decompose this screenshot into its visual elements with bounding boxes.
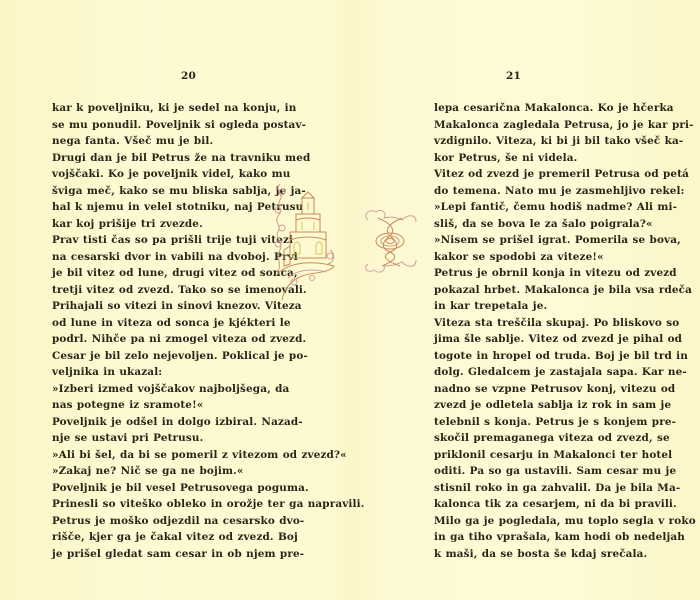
text-line: podrl. Nihče pa ni zmogel viteza od zvez…: [52, 331, 284, 348]
right-page-text: lepa cesarična Makalonca. Ko je hčerka M…: [434, 100, 667, 562]
text-line: od lune in viteza od sonca je kjékteri l…: [52, 315, 284, 332]
text-line: Viteza sta treščila skupaj. Po bliskovo …: [434, 315, 667, 332]
left-page-text: kar k poveljniku, ki je sedel na konju, …: [52, 100, 284, 562]
text-line: jima šle sablje. Vitez od zvezd je pihal…: [434, 331, 667, 348]
text-line: oditi. Pa so ga ustavili. Sam cesar mu j…: [434, 463, 667, 480]
text-line: Prihajali so vitezi in sinovi knezov. Vi…: [52, 298, 284, 315]
text-line: kakor se spodobi za viteze!«: [434, 249, 667, 266]
text-line: nas potegne iz sramote!«: [52, 397, 284, 414]
text-line: Poveljnik je odšel in dolgo izbiral. Naz…: [52, 414, 284, 431]
text-line: nega fanta. Všeč mu je bil.: [52, 133, 284, 150]
text-line: sliš, da se bova le za šalo poigrala?«: [434, 216, 667, 233]
text-line: do temena. Nato mu je zasmehljivo rekel:: [434, 183, 667, 200]
text-line: »Lepi fantič, čemu hodiš nadme? Ali mi-: [434, 199, 667, 216]
text-line: rišče, kjer ga je čakal vitez od zvezd. …: [52, 529, 284, 546]
text-line: je prišel gledat sam cesar in ob njem pr…: [52, 546, 284, 563]
text-line: hal k njemu in velel stotniku, naj Petru…: [52, 199, 284, 216]
text-line: veljnika in ukazal:: [52, 364, 284, 381]
text-line: Petrus je obrnil konja in vitezu od zvez…: [434, 265, 667, 282]
text-line: telebnil s konja. Petrus je s konjem pre…: [434, 414, 667, 431]
text-line: Prinesli so viteško obleko in orožje ter…: [52, 496, 284, 513]
text-line: kalonca tik za cesarjem, ni da bi pravil…: [434, 496, 667, 513]
text-line: nadno se vzpne Petrusov konj, vitezu od: [434, 381, 667, 398]
text-line: stisnil roko in ga zahvalil. Da je bila …: [434, 480, 667, 497]
text-line: tretji vitez od zvezd. Tako so se imenov…: [52, 282, 284, 299]
text-line: priklonil cesarju in Makalonci ter hotel: [434, 447, 667, 464]
text-line: se mu ponudil. Poveljnik si ogleda posta…: [52, 117, 284, 134]
text-line: kar k poveljniku, ki je sedel na konju, …: [52, 100, 284, 117]
text-line: vzdignilo. Viteza, ki bi ji bil tako vše…: [434, 133, 667, 150]
text-line: »Zakaj ne? Nič se ga ne bojim.«: [52, 463, 284, 480]
text-line: šviga meč, kako se mu bliska sablja, je …: [52, 183, 284, 200]
text-line: in kar trepetala je.: [434, 298, 667, 315]
text-line: Petrus je moško odjezdil na cesarsko dvo…: [52, 513, 284, 530]
text-line: vojščaki. Ko je poveljnik videl, kako mu: [52, 166, 284, 183]
text-line: kar koj prišije tri zvezde.: [52, 216, 284, 233]
text-line: Vitez od zvezd je premeril Petrusa od pe…: [434, 166, 667, 183]
text-line: je bil vitez od lune, drugi vitez od son…: [52, 265, 284, 282]
text-line: Cesar je bil zelo nejevoljen. Poklical j…: [52, 348, 284, 365]
text-line: dolg. Gledalcem je zastajala sapa. Kar n…: [434, 364, 667, 381]
text-line: k maši, da se bosta še kdaj srečala.: [434, 546, 667, 563]
text-line: Prav tisti čas so pa prišli trije tuji v…: [52, 232, 284, 249]
text-line: lepa cesarična Makalonca. Ko je hčerka: [434, 100, 667, 117]
text-line: skočil premaganega viteza od zvezd, se: [434, 430, 667, 447]
text-line: nje se ustavi pri Petrusu.: [52, 430, 284, 447]
page-number-right: 21: [506, 70, 521, 82]
text-line: Drugi dan je bil Petrus že na travniku m…: [52, 150, 284, 167]
text-line: »Nisem se prišel igrat. Pomerila se bova…: [434, 232, 667, 249]
castle-ornament-icon: [272, 180, 338, 306]
text-line: Poveljnik je bil vesel Petrusovega pogum…: [52, 480, 284, 497]
text-line: zvezd je odletela sablja iz rok in sam j…: [434, 397, 667, 414]
text-line: Makalonca zagledala Petrusa, jo je kar p…: [434, 117, 667, 134]
text-line: »Izberi izmed vojščakov najboljšega, da: [52, 381, 284, 398]
text-line: togote in hropel od truda. Boj je bil tr…: [434, 348, 667, 365]
text-line: »Ali bi šel, da bi se pomeril z vitezom …: [52, 447, 284, 464]
page-number-left: 20: [181, 70, 196, 82]
text-line: Milo ga je pogledala, mu toplo segla v r…: [434, 513, 667, 530]
knot-ornament-icon: [362, 206, 420, 276]
text-line: pokazal hrbet. Makalonca je bila vsa rde…: [434, 282, 667, 299]
text-line: in ga tiho vprašala, kam hodi ob nedelja…: [434, 529, 667, 546]
text-line: kor Petrus, še ni videla.: [434, 150, 667, 167]
text-line: na cesarski dvor in vabili na dvoboj. Pr…: [52, 249, 284, 266]
book-spread: 20 21 kar k poveljniku, ki je sedel na k…: [0, 0, 700, 600]
